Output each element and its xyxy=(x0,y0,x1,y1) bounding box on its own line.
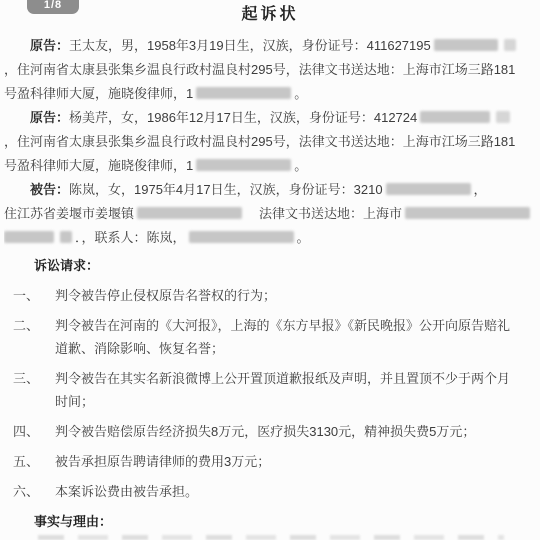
redaction-bar xyxy=(434,39,498,51)
redaction-bar xyxy=(196,87,291,99)
claim-item: 二、 判令被告在河南的《大河报》，上海的《东方早报》《新民晚报》公开向原告赔礼道… xyxy=(4,314,534,360)
claim-item: 五、 被告承担原告聘请律师的费用3万元； xyxy=(4,450,534,473)
redaction-bar xyxy=(386,183,471,195)
party-line: 原告：王太友，男，1958年3月19日生，汉族，身份证号：411627195 xyxy=(4,34,534,58)
claims-list: 一、 判令被告停止侵权原告名誉权的行为； 二、 判令被告在河南的《大河报》，上海… xyxy=(4,284,534,503)
party-info-text: ，住河南省太康县张集乡温良行政村温良村295号，法律文书送达地：上海市江场三路1… xyxy=(4,62,515,77)
party-plaintiff-1: 原告：王太友，男，1958年3月19日生，汉族，身份证号：411627195 ，… xyxy=(4,34,534,106)
claim-text: 本案诉讼费由被告承担。 xyxy=(55,480,534,503)
claim-text: 判令被告停止侵权原告名誉权的行为； xyxy=(55,284,534,307)
claim-text: 判令被告赔偿原告经济损失8万元，医疗损失3130元，精神损失费5万元； xyxy=(55,420,534,443)
party-info-text: 。 xyxy=(294,86,307,101)
party-defendant: 被告：陈岚，女，1975年4月17日生，汉族，身份证号：3210， 住江苏省姜堰… xyxy=(4,178,534,250)
party-info-text: 陈岚，女，1975年4月17日生，汉族，身份证号：3210 xyxy=(69,182,383,197)
party-line: 住江苏省姜堰市姜堰镇法律文书送达地：上海市 xyxy=(4,202,534,226)
claim-item: 一、 判令被告停止侵权原告名誉权的行为； xyxy=(4,284,534,307)
claim-number: 二、 xyxy=(4,314,55,360)
party-info-text: 号盈科律师大厦，施晓俊律师，1 xyxy=(4,158,193,173)
claim-number: 五、 xyxy=(4,450,55,473)
claim-text: 判令被告在其实名新浪微博上公开置顶道歉报纸及声明，并且置顶不少于两个月时间； xyxy=(55,367,534,413)
party-line: 号盈科律师大厦，施晓俊律师，1。 xyxy=(4,154,534,178)
page-indicator-badge: 1/8 xyxy=(27,0,79,14)
claim-item: 四、 判令被告赔偿原告经济损失8万元，医疗损失3130元，精神损失费5万元； xyxy=(4,420,534,443)
party-role-label: 原告： xyxy=(30,38,69,53)
party-info-text: 住江苏省姜堰市姜堰镇 xyxy=(4,206,134,221)
document-title: 起诉状 xyxy=(0,2,540,28)
party-line: ．，联系人：陈岚，。 xyxy=(4,226,534,250)
party-info-text: 号盈科律师大厦，施晓俊律师，1 xyxy=(4,86,193,101)
party-info-text: 。 xyxy=(294,158,307,173)
party-info-text: 王太友，男，1958年3月19日生，汉族，身份证号：411627195 xyxy=(69,38,431,53)
claim-number: 三、 xyxy=(4,367,55,413)
document-page: { "colors": { "badge": "#8d8d8d", "text"… xyxy=(0,0,540,540)
claim-number: 四、 xyxy=(4,420,55,443)
party-info-text: ，住河南省太康县张集乡温良行政村温良村295号，法律文书送达地：上海市江场三路1… xyxy=(4,134,515,149)
claim-item: 六、 本案诉讼费由被告承担。 xyxy=(4,480,534,503)
party-line: 原告：杨美芹，女，1986年12月17日生，汉族，身份证号：412724 xyxy=(4,106,534,130)
party-line: ，住河南省太康县张集乡温良行政村温良村295号，法律文书送达地：上海市江场三路1… xyxy=(4,58,534,82)
party-role-label: 被告： xyxy=(30,182,69,197)
redaction-bar xyxy=(420,111,490,123)
party-line: ，住河南省太康县张集乡温良行政村温良村295号，法律文书送达地：上海市江场三路1… xyxy=(4,130,534,154)
claims-section-header: 诉讼请求： xyxy=(4,254,534,278)
claim-item: 三、 判令被告在其实名新浪微博上公开置顶道歉报纸及声明，并且置顶不少于两个月时间… xyxy=(4,367,534,413)
party-plaintiff-2: 原告：杨美芹，女，1986年12月17日生，汉族，身份证号：412724 ，住河… xyxy=(4,106,534,178)
party-line: 被告：陈岚，女，1975年4月17日生，汉族，身份证号：3210， xyxy=(4,178,534,202)
cutoff-text-line xyxy=(38,535,504,540)
claim-number: 一、 xyxy=(4,284,55,307)
facts-section-header: 事实与理由： xyxy=(4,510,534,534)
redaction-bar xyxy=(504,39,516,51)
claim-number: 六、 xyxy=(4,480,55,503)
party-role-label: 原告： xyxy=(30,110,69,125)
claim-text: 被告承担原告聘请律师的费用3万元； xyxy=(55,450,534,473)
redaction-bar xyxy=(496,111,510,123)
party-info-text: ， xyxy=(474,182,487,197)
party-info-text: 。 xyxy=(297,230,310,245)
party-info-text: 杨美芹，女，1986年12月17日生，汉族，身份证号：412724 xyxy=(69,110,417,125)
redaction-bar xyxy=(4,231,54,243)
document-body: 原告：王太友，男，1958年3月19日生，汉族，身份证号：411627195 ，… xyxy=(0,28,540,534)
redaction-bar xyxy=(189,231,294,243)
party-info-text: 法律文书送达地：上海市 xyxy=(259,206,402,221)
redaction-bar xyxy=(405,207,530,219)
claim-text: 判令被告在河南的《大河报》，上海的《东方早报》《新民晚报》公开向原告赔礼道歉、消… xyxy=(55,314,534,360)
party-line: 号盈科律师大厦，施晓俊律师，1。 xyxy=(4,82,534,106)
redaction-bar xyxy=(60,231,72,243)
party-info-text: ．，联系人：陈岚， xyxy=(75,230,186,245)
redaction-bar xyxy=(196,159,291,171)
redaction-bar xyxy=(137,207,242,219)
